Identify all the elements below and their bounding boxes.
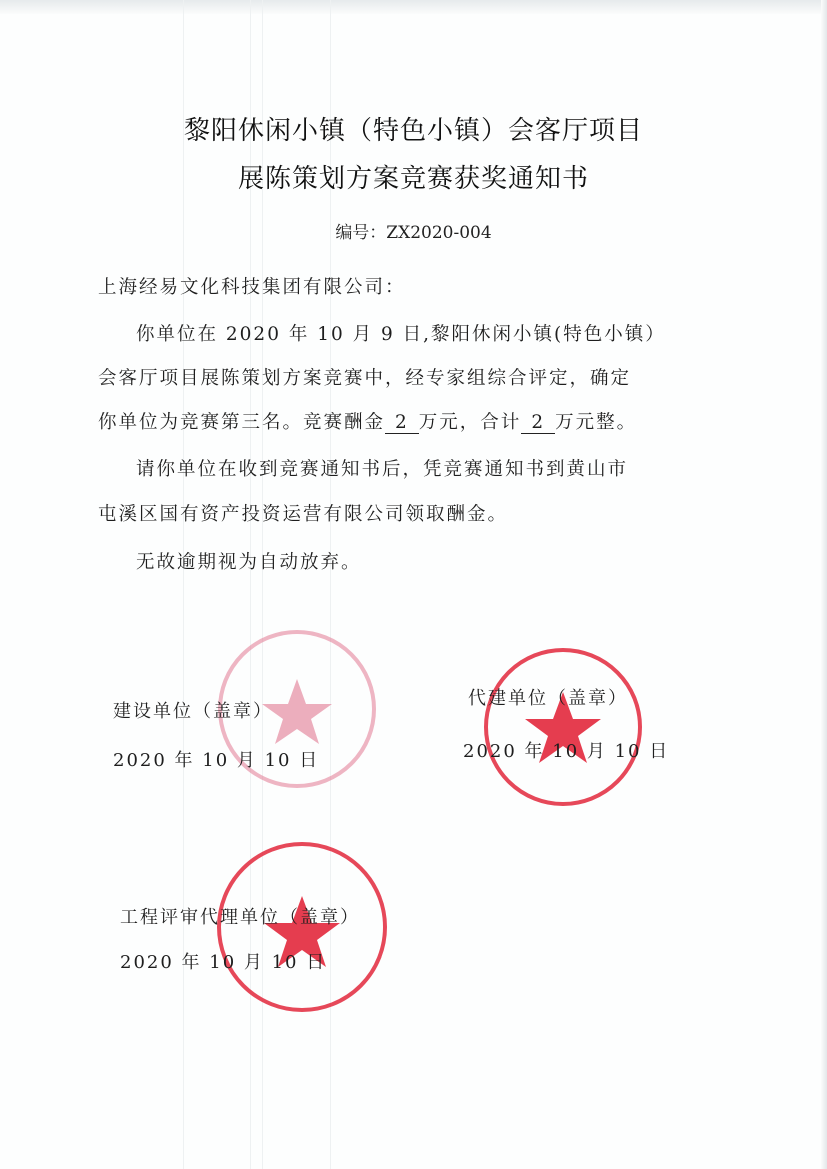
total-amount: 2 <box>521 413 555 434</box>
award-suffix: 万元整。 <box>555 412 637 433</box>
seal-agent-construction-unit <box>484 648 642 806</box>
signature-date-agent-unit: 2020 年 10 月 10 日 <box>463 737 669 763</box>
recipient: 上海经易文化科技集团有限公司： <box>98 273 406 299</box>
award-amount: 2 <box>385 413 419 434</box>
paragraph1-line1: 你单位在 2020 年 10 月 9 日,黎阳休闲小镇(特色小镇） <box>136 320 666 346</box>
paragraph1-line3: 你单位为竞赛第三名。竞赛酬金2万元，合计2万元整。 <box>98 408 637 434</box>
signature-date-construction-unit: 2020 年 10 月 10 日 <box>113 746 319 772</box>
paragraph1-line2: 会客厅项目展陈策划方案竞赛中，经专家组综合评定，确定 <box>98 364 631 390</box>
document-title-line1: 黎阳休闲小镇（特色小镇）会客厅项目 <box>0 110 827 147</box>
document-title-line2: 展陈策划方案竞赛获奖通知书 <box>0 158 827 195</box>
paragraph3: 无故逾期视为自动放弃。 <box>136 548 362 574</box>
signature-label-construction-unit: 建设单位（盖章） <box>113 697 273 723</box>
document-number: 编号：ZX2020-004 <box>0 218 827 243</box>
award-mid: 万元，合计 <box>419 412 522 433</box>
signature-date-review-agency: 2020 年 10 月 10 日 <box>120 948 326 974</box>
star-icon <box>488 652 638 802</box>
signature-label-agent-unit: 代建单位（盖章） <box>468 684 628 710</box>
paragraph2-line1: 请你单位在收到竞赛通知书后，凭竞赛通知书到黄山市 <box>136 455 628 481</box>
scan-edge-top <box>0 0 827 14</box>
award-prefix: 你单位为竞赛第三名。竞赛酬金 <box>98 412 385 433</box>
paragraph2-line2: 屯溪区国有资产投资运营有限公司领取酬金。 <box>98 500 508 526</box>
signature-label-review-agency: 工程评审代理单位（盖章） <box>120 903 360 929</box>
